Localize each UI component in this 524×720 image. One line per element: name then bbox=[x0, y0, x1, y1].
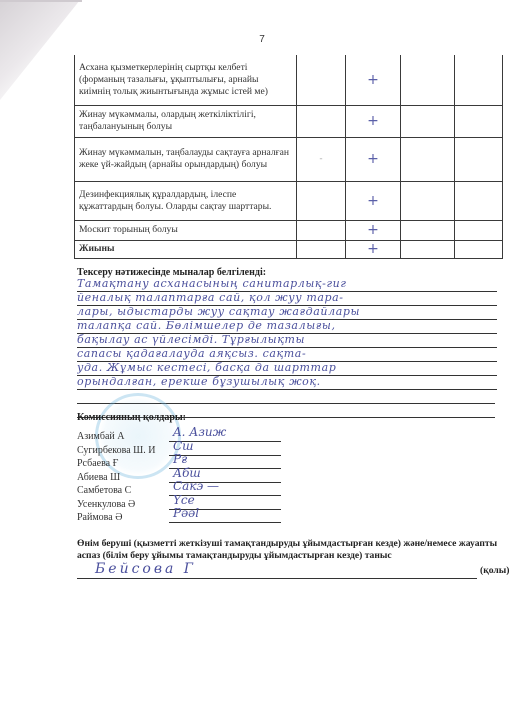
mark-cell: + bbox=[346, 55, 401, 105]
mark-cell bbox=[455, 55, 503, 105]
mark-cell bbox=[401, 181, 455, 220]
findings-heading: Тексеру нәтижесінде мыналар белгіленді: bbox=[77, 267, 266, 278]
member-name: Сугирбекова Ш. И bbox=[77, 445, 155, 456]
commission-member: Усенкулова ӘҮсе bbox=[77, 498, 155, 512]
mark-cell bbox=[297, 181, 346, 220]
mark-cell bbox=[297, 105, 346, 137]
handwritten-note-line: лары, ыдыстарды жуу сақтау жағдайлары bbox=[77, 306, 497, 320]
table-row: Дезинфекциялық құралдардың, ілеспе құжат… bbox=[75, 181, 503, 220]
mark-cell bbox=[455, 240, 503, 258]
table-row: Асхана қызметкерлерінің сыртқы келбеті (… bbox=[75, 55, 503, 105]
commission-members: Азимбай АA. АзижСугирбекова Ш. ИСшРсбаев… bbox=[77, 430, 155, 525]
mark-cell bbox=[401, 55, 455, 105]
member-signature: Сш bbox=[173, 440, 194, 453]
handwritten-note-line: уда. Жұмыс кестесі, басқа да шарттар bbox=[77, 362, 497, 376]
criterion-cell: Асхана қызметкерлерінің сыртқы келбеті (… bbox=[75, 55, 297, 105]
signature-label: (қолы) bbox=[480, 565, 509, 576]
criterion-cell: Москит торының болуы bbox=[75, 220, 297, 240]
page-number: 7 bbox=[255, 34, 269, 45]
commission-member: Абиева ШАбш bbox=[77, 471, 155, 485]
member-signature: A. Азиж bbox=[173, 426, 226, 439]
mark-cell bbox=[297, 240, 346, 258]
mark-cell bbox=[297, 55, 346, 105]
member-signature: Рғ bbox=[173, 453, 187, 466]
mark-cell bbox=[455, 105, 503, 137]
table-row: Москит торының болуы+ bbox=[75, 220, 503, 240]
commission-member: Рсбаева ҒРғ bbox=[77, 457, 155, 471]
acknowledgement-signature-line: Бейсова Г bbox=[77, 566, 477, 579]
mark-cell: + bbox=[346, 105, 401, 137]
mark-cell bbox=[401, 137, 455, 181]
handwritten-note-line: Тамақтану асханасының санитарлық-гиг bbox=[77, 278, 497, 292]
member-name: Самбетова С bbox=[77, 485, 131, 496]
table-row: Жинау мүкәммалы, олардың жеткіліктілігі,… bbox=[75, 105, 503, 137]
member-name: Азимбай А bbox=[77, 431, 124, 442]
mark-cell: + bbox=[346, 240, 401, 258]
commission-member: Самбетова ССакэ — bbox=[77, 484, 155, 498]
acknowledgement-signature: Бейсова Г bbox=[95, 561, 196, 577]
signature-line bbox=[169, 522, 281, 523]
table-row: Жиыны+ bbox=[75, 240, 503, 258]
criterion-cell: Жиыны bbox=[75, 240, 297, 258]
mark-cell bbox=[401, 220, 455, 240]
handwritten-note-line: орындалған, ерекше бұзушылық жоқ. bbox=[77, 376, 497, 390]
member-name: Рсбаева Ғ bbox=[77, 458, 118, 469]
mark-cell bbox=[455, 137, 503, 181]
acknowledgement-text: Өнім беруші (қызметті жеткізуші тамақтан… bbox=[77, 538, 507, 562]
mark-cell: - bbox=[297, 137, 346, 181]
checklist-table: Асхана қызметкерлерінің сыртқы келбеті (… bbox=[74, 55, 503, 259]
mark-cell: + bbox=[346, 220, 401, 240]
commission-heading: Комиссияның қолдары: bbox=[77, 412, 186, 423]
commission-member: Раймова ӘРәәl bbox=[77, 511, 155, 525]
mark-cell bbox=[401, 240, 455, 258]
scanner-edge bbox=[0, 0, 82, 2]
member-signature: Үсе bbox=[173, 494, 195, 507]
handwritten-note-line: йеналық талаптарға сай, қол жуу тара- bbox=[77, 292, 497, 306]
mark-cell bbox=[401, 105, 455, 137]
handwritten-note-line: талапқа сай. Бөлімшелер де тазалығы, bbox=[77, 320, 497, 334]
mark-cell: + bbox=[346, 137, 401, 181]
commission-member: Сугирбекова Ш. ИСш bbox=[77, 444, 155, 458]
scanner-corner-shadow bbox=[0, 0, 80, 100]
member-signature: Абш bbox=[173, 467, 201, 480]
criterion-cell: Дезинфекциялық құралдардың, ілеспе құжат… bbox=[75, 181, 297, 220]
member-name: Абиева Ш bbox=[77, 472, 120, 483]
mark-cell bbox=[455, 181, 503, 220]
handwritten-note-line: бақылау ас үйлесімді. Тұрғылықты bbox=[77, 334, 497, 348]
mark-cell: + bbox=[346, 181, 401, 220]
mark-cell bbox=[297, 220, 346, 240]
criterion-cell: Жинау мүкәммалы, олардың жеткіліктілігі,… bbox=[75, 105, 297, 137]
table-row: Жинау мүкәммалын, таңбалауды сақтауға ар… bbox=[75, 137, 503, 181]
member-name: Раймова Ә bbox=[77, 512, 122, 523]
member-signature: Сакэ — bbox=[173, 480, 219, 493]
mark-cell bbox=[455, 220, 503, 240]
criterion-cell: Жинау мүкәммалын, таңбалауды сақтауға ар… bbox=[75, 137, 297, 181]
member-name: Усенкулова Ә bbox=[77, 499, 135, 510]
member-signature: Рәәl bbox=[173, 507, 199, 520]
commission-member: Азимбай АA. Азиж bbox=[77, 430, 155, 444]
handwritten-note-line: сапасы қадағалауда аяқсыз. сақта- bbox=[77, 348, 497, 362]
